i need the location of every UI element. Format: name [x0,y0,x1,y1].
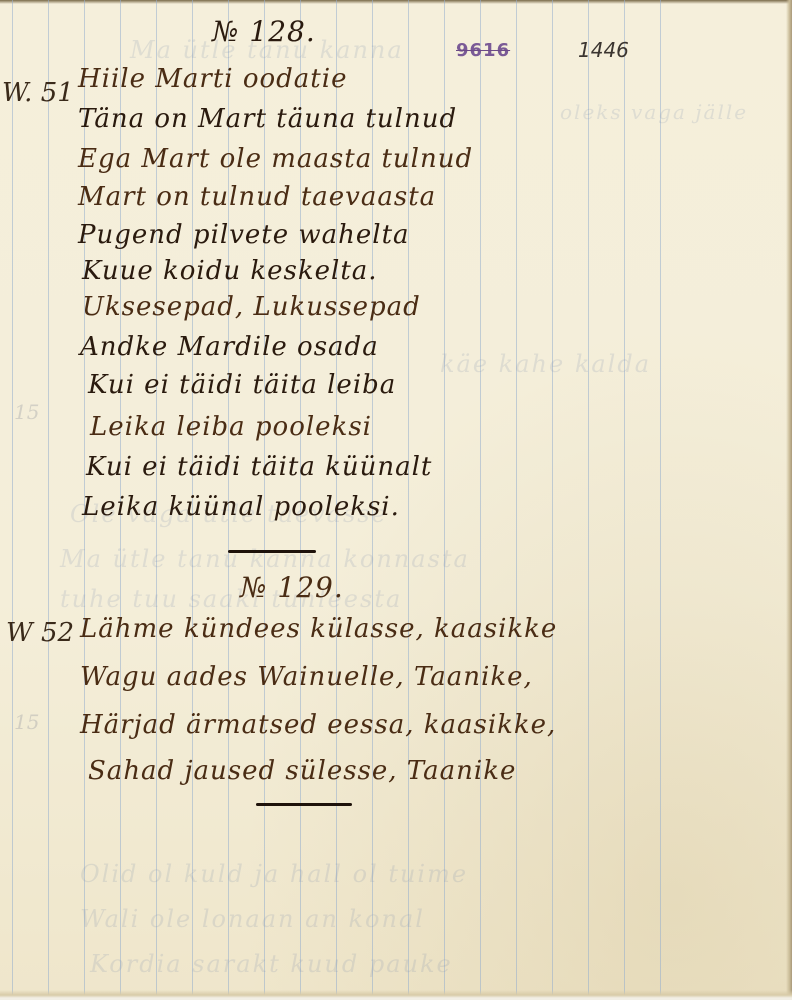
verse-line: Leika leiba pooleksi [90,414,372,440]
verse-line: Kui ei täidi täita küünalt [86,454,432,480]
margin-pencil-mark: 15 [14,710,39,734]
bleed-through-text: Wali ole lonaan an konal [80,905,425,933]
song-heading: № 128. [212,18,316,46]
bleed-through-text: Olid ol kuld ja hall ol tuime [80,860,468,888]
verse-line: Kui ei täidi täita leiba [88,372,396,398]
margin-pencil-mark: 15 [14,400,39,424]
bleed-through-text: oleks vaga jälle [560,100,748,124]
margin-reference: W. 51 [2,78,74,108]
verse-line: Andke Mardile osada [80,334,379,360]
archive-number: 1446 [578,38,629,62]
verse-line: Härjad ärmatsed eessa, kaasikke, [80,712,556,738]
bleed-through-text: Kordia sarakt kuud pauke [90,950,453,978]
ruled-line [660,0,661,1000]
section-divider [228,550,316,553]
verse-line: Leika küünal pooleksi. [82,494,400,520]
section-divider [256,803,352,806]
verse-line: Wagu aades Wainuelle, Taanike, [80,664,533,690]
ruled-line [588,0,589,1000]
ruled-line [624,0,625,1000]
verse-line: Kuue koidu keskelta. [82,258,378,284]
verse-line: Pugend pilvete wahelta [78,222,410,248]
ruled-line [48,0,49,1000]
ruled-line [480,0,481,1000]
page-right-edge [786,0,792,1000]
bleed-through-text: käe kahe kalda [440,350,651,378]
verse-line: Lähme kündees külasse, kaasikke [80,616,557,642]
verse-line: Sahad jaused sülesse, Taanike [88,758,516,784]
page-top-edge [0,0,792,4]
verse-line: Mart on tulnud taevaasta [78,184,436,210]
margin-reference: W 52 [6,618,74,648]
ruled-line [552,0,553,1000]
ruled-line [12,0,13,1000]
verse-line: Ega Mart ole maasta tulnud [78,146,473,172]
verse-line: Täna on Mart täuna tulnud [78,106,457,132]
verse-line: Hiile Marti oodatie [78,66,347,92]
ruled-line [516,0,517,1000]
bleed-through-text: tuhe tuu saaki tuhleesta [60,585,402,613]
archive-number-struck: 9616 [456,40,510,61]
manuscript-page: Ma ütle tanu kanna oleks vaga jälle käe … [0,0,792,1000]
song-heading: № 129. [240,574,344,602]
verse-line: Uksesepad, Lukussepad [82,294,421,320]
page-bottom-edge [0,990,792,1000]
